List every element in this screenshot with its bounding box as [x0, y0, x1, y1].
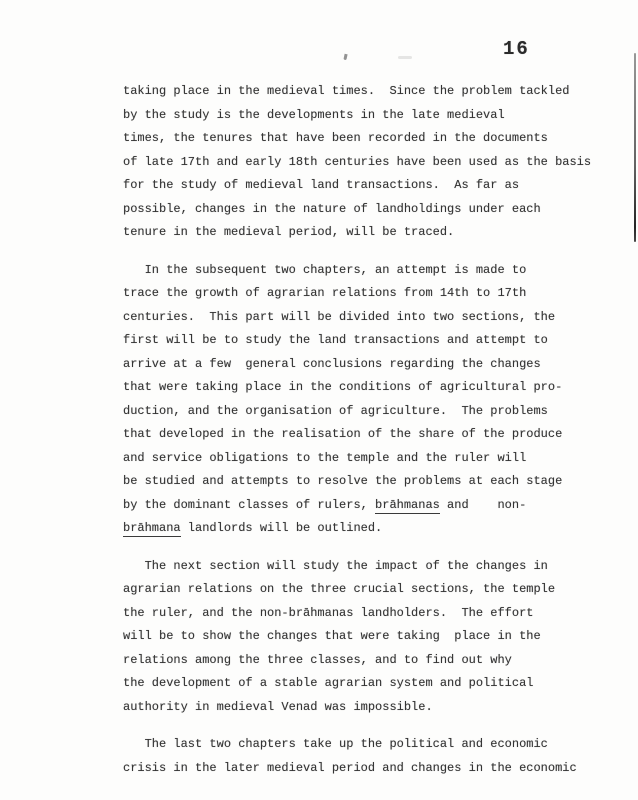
text-line: will be to show the changes that were ta… — [123, 625, 603, 649]
text-segment: The next section will study the impact o… — [123, 559, 548, 573]
text-line: by the study is the developments in the … — [123, 104, 603, 128]
text-segment: In the subsequent two chapters, an attem… — [123, 263, 526, 277]
paragraph: The last two chapters take up the politi… — [123, 733, 603, 780]
text-line: relations among the three classes, and t… — [123, 649, 603, 673]
text-line: The next section will study the impact o… — [123, 555, 603, 579]
text-line: first will be to study the land transact… — [123, 329, 603, 353]
text-line: the ruler, and the non-brāhmanas landhol… — [123, 602, 603, 626]
text-line: taking place in the medieval times. Sinc… — [123, 80, 603, 104]
text-segment: that developed in the realisation of the… — [123, 427, 562, 441]
text-segment: landlords will be outlined. — [181, 521, 383, 535]
text-line: The last two chapters take up the politi… — [123, 733, 603, 757]
text-segment: The last two chapters take up the politi… — [123, 737, 548, 751]
text-segment: first will be to study the land transact… — [123, 333, 548, 347]
text-line: authority in medieval Venad was impossib… — [123, 696, 603, 720]
scan-speck — [343, 54, 347, 60]
text-line: times, the tenures that have been record… — [123, 127, 603, 151]
text-segment: the ruler, and the non-brāhmanas landhol… — [123, 606, 533, 620]
text-segment: by the dominant classes of rulers, — [123, 498, 375, 512]
paragraph: The next section will study the impact o… — [123, 555, 603, 720]
body-text: taking place in the medieval times. Sinc… — [123, 80, 603, 780]
text-segment: arrive at a few general conclusions rega… — [123, 357, 541, 371]
text-segment: centuries. This part will be divided int… — [123, 310, 555, 324]
scan-artifact-line — [634, 53, 636, 242]
text-line: that were taking place in the conditions… — [123, 376, 603, 400]
text-line: arrive at a few general conclusions rega… — [123, 353, 603, 377]
scan-speck — [398, 56, 412, 59]
text-segment: times, the tenures that have been record… — [123, 131, 548, 145]
text-segment: that were taking place in the conditions… — [123, 380, 562, 394]
text-line: tenure in the medieval period, will be t… — [123, 221, 603, 245]
text-segment: and non- — [440, 498, 526, 512]
underlined-term: brāhmanas — [375, 498, 440, 514]
text-line: duction, and the organisation of agricul… — [123, 400, 603, 424]
text-line: for the study of medieval land transacti… — [123, 174, 603, 198]
text-line: trace the growth of agrarian relations f… — [123, 282, 603, 306]
text-segment: by the study is the developments in the … — [123, 108, 505, 122]
text-segment: of late 17th and early 18th centuries ha… — [123, 155, 591, 169]
text-line: be studied and attempts to resolve the p… — [123, 470, 603, 494]
text-line: brāhmana landlords will be outlined. — [123, 517, 603, 541]
text-segment: crisis in the later medieval period and … — [123, 761, 577, 775]
paragraph: taking place in the medieval times. Sinc… — [123, 80, 603, 245]
underlined-term: brāhmana — [123, 521, 181, 537]
text-line: the development of a stable agrarian sys… — [123, 672, 603, 696]
text-segment: tenure in the medieval period, will be t… — [123, 225, 454, 239]
text-line: by the dominant classes of rulers, brāhm… — [123, 494, 603, 518]
text-line: and service obligations to the temple an… — [123, 447, 603, 471]
paragraph: In the subsequent two chapters, an attem… — [123, 259, 603, 541]
text-line: possible, changes in the nature of landh… — [123, 198, 603, 222]
text-line: that developed in the realisation of the… — [123, 423, 603, 447]
text-segment: be studied and attempts to resolve the p… — [123, 474, 562, 488]
text-line: of late 17th and early 18th centuries ha… — [123, 151, 603, 175]
text-segment: duction, and the organisation of agricul… — [123, 404, 548, 418]
text-line: crisis in the later medieval period and … — [123, 757, 603, 781]
text-segment: trace the growth of agrarian relations f… — [123, 286, 526, 300]
text-segment: will be to show the changes that were ta… — [123, 629, 541, 643]
page-number: 16 — [503, 38, 530, 60]
document-page: 16 taking place in the medieval times. S… — [0, 0, 638, 800]
text-line: In the subsequent two chapters, an attem… — [123, 259, 603, 283]
text-segment: for the study of medieval land transacti… — [123, 178, 519, 192]
text-segment: agrarian relations on the three crucial … — [123, 582, 555, 596]
text-line: agrarian relations on the three crucial … — [123, 578, 603, 602]
text-segment: the development of a stable agrarian sys… — [123, 676, 533, 690]
text-segment: relations among the three classes, and t… — [123, 653, 512, 667]
text-segment: authority in medieval Venad was impossib… — [123, 700, 433, 714]
text-line: centuries. This part will be divided int… — [123, 306, 603, 330]
text-segment: taking place in the medieval times. Sinc… — [123, 84, 569, 98]
text-segment: and service obligations to the temple an… — [123, 451, 526, 465]
text-segment: possible, changes in the nature of landh… — [123, 202, 541, 216]
